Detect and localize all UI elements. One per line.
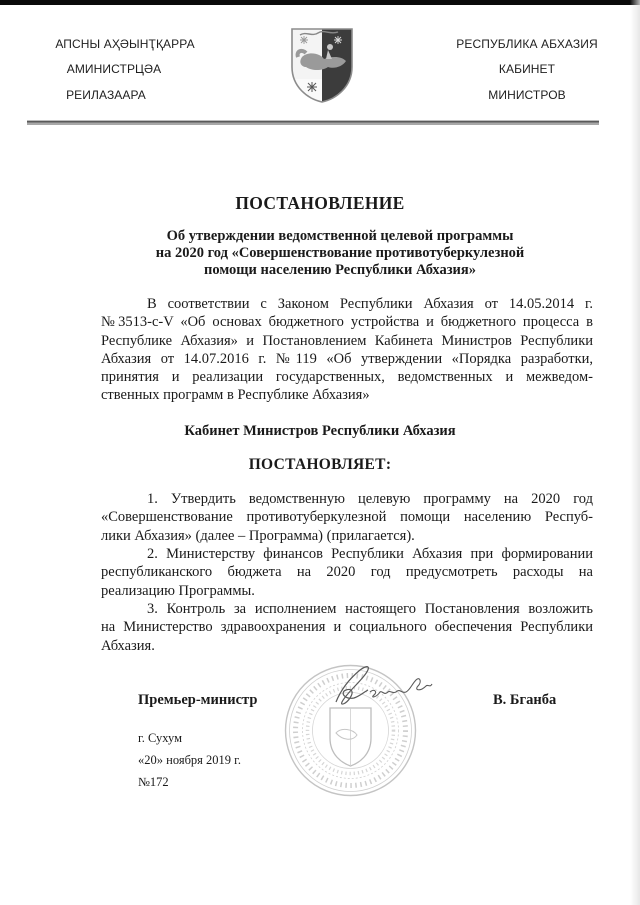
letterhead-left-line-3: РЕИЛАЗААРА — [66, 88, 146, 102]
issue-date: «20» ноября 2019 г. — [138, 753, 241, 768]
preamble-line: В соответствии с Законом Республики Абха… — [101, 295, 593, 313]
item-line: республиканского бюджета на 2020 год пре… — [101, 563, 593, 581]
preamble-line: Абхазия от 14.07.2016 г. №119 «Об утверж… — [101, 350, 593, 368]
decree-item-1: 1. Утвердить ведомственную целевую прогр… — [101, 490, 593, 545]
scan-right-shadow — [630, 0, 640, 905]
item-line: 1. Утвердить ведомственную целевую прогр… — [101, 490, 593, 508]
preamble-line: ственных программ в Республике Абхазия» — [101, 386, 593, 404]
item-line: Абхазия. — [101, 637, 593, 655]
document-number: №172 — [138, 775, 169, 790]
item-line: 3. Контроль за исполнением настоящего По… — [101, 600, 593, 618]
item-line: лики Абхазия» (далее – Программа) (прила… — [101, 527, 593, 545]
signatory-name: В. Бганба — [493, 692, 556, 709]
preamble-line: №3513-с-V «Об основах бюджетного устройс… — [101, 313, 593, 331]
decree-item-2: 2. Министерству финансов Республики Абха… — [101, 545, 593, 600]
preamble-line: Республике Абхазия» и Постановлением Каб… — [101, 332, 593, 350]
coat-of-arms-icon — [290, 27, 354, 103]
letterhead-left-line-2: АМИНИСТРЦӘА — [67, 62, 162, 76]
item-line: на Министерство здравоохранения и социал… — [101, 618, 593, 636]
subject-line: помощи населению Республики Абхазия» — [120, 262, 560, 279]
document-subject: Об утверждении ведомственной целевой про… — [120, 228, 560, 279]
issue-place: г. Сухум — [138, 731, 182, 746]
subject-line: Об утверждении ведомственной целевой про… — [120, 228, 560, 245]
letterhead-divider — [27, 120, 599, 125]
handwritten-signature — [330, 662, 460, 712]
document-type-title: ПОСТАНОВЛЕНИЕ — [0, 193, 640, 214]
preamble-line: принятия и реализации государственных, в… — [101, 368, 593, 386]
decree-item-3: 3. Контроль за исполнением настоящего По… — [101, 600, 593, 655]
subject-line: на 2020 год «Совершенствование противоту… — [120, 245, 560, 262]
letterhead-right: РЕСПУБЛИКА АБХАЗИЯ КАБИНЕТ МИНИСТРОВ — [380, 0, 640, 110]
item-line: 2. Министерству финансов Республики Абха… — [101, 545, 593, 563]
letterhead-left-line-1: АПСНЫ АҲӘЫНҬҚАРРА — [55, 37, 194, 51]
letterhead-right-line-3: МИНИСТРОВ — [488, 88, 566, 102]
signatory-position: Премьер-министр — [138, 692, 257, 709]
letterhead-right-line-2: КАБИНЕТ — [499, 62, 555, 76]
decree-heading: ПОСТАНОВЛЯЕТ: — [0, 456, 640, 474]
letterhead-left: АПСНЫ АҲӘЫНҬҚАРРА АМИНИСТРЦӘА РЕИЛАЗААРА — [0, 0, 260, 110]
preamble-paragraph: В соответствии с Законом Республики Абха… — [101, 295, 593, 405]
item-line: «Совершенствование противотуберкулезной … — [101, 508, 593, 526]
letterhead-right-line-1: РЕСПУБЛИКА АБХАЗИЯ — [456, 37, 597, 51]
issuer-heading: Кабинет Министров Республики Абхазия — [0, 423, 640, 440]
item-line: реализацию Программы. — [101, 582, 593, 600]
